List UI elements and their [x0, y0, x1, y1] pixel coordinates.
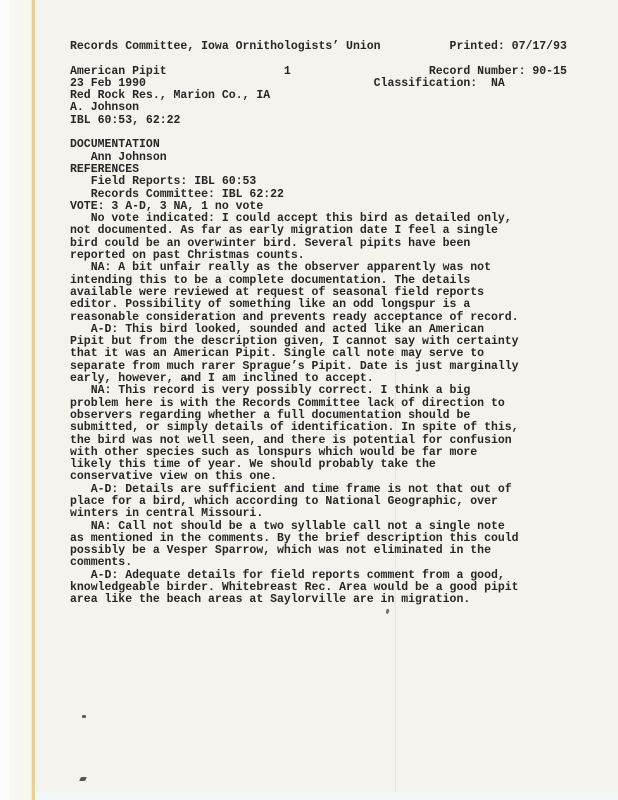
- document-line: NA: A bit unfair really as the observer …: [70, 262, 567, 274]
- document-line: Field Reports: IBL 60:53: [70, 176, 567, 188]
- document-line: conservative view on this one.: [70, 471, 567, 483]
- page-left-margin: [10, 0, 33, 800]
- scan-speck: [386, 609, 390, 615]
- document-line: editor. Possibility of something like an…: [70, 299, 567, 311]
- document-line: Ann Johnson: [70, 152, 567, 164]
- document-line: reasonable consideration and prevents re…: [70, 312, 567, 324]
- document-page: Records Committee, Iowa Ornithologists’ …: [35, 0, 618, 792]
- scanned-page: Records Committee, Iowa Ornithologists’ …: [0, 0, 618, 800]
- scanner-bottom-edge: [35, 792, 618, 800]
- document-line: [70, 53, 567, 65]
- document-line: IBL 60:53, 62:22: [70, 115, 567, 127]
- document-line: NA: This record is very possibly correct…: [70, 385, 567, 397]
- document-line: DOCUMENTATION: [70, 139, 567, 151]
- document-line: that it was an American Pipit. Single ca…: [70, 348, 567, 360]
- scan-speck: [79, 777, 87, 781]
- document-line: Red Rock Res., Marion Co., IA: [70, 90, 567, 102]
- document-line: area like the beach areas at Saylorville…: [70, 594, 567, 606]
- document-line: Records Committee: IBL 62:22: [70, 189, 567, 201]
- document-line: submitted, or simply details of identifi…: [70, 422, 567, 434]
- document-line: A. Johnson: [70, 102, 567, 114]
- document-line: not documented. As far as early migratio…: [70, 225, 567, 237]
- document-line: winters in central Missouri.: [70, 508, 567, 520]
- document-line: Records Committee, Iowa Ornithologists’ …: [70, 41, 567, 53]
- document-line: the bird was not well seen, and there is…: [70, 435, 567, 447]
- document-line: possibly be a Vesper Sparrow, which was …: [70, 545, 567, 557]
- scan-speck: [82, 715, 86, 718]
- document-text: Records Committee, Iowa Ornithologists’ …: [70, 41, 567, 607]
- scanner-background: [0, 0, 10, 800]
- document-line: comments.: [70, 557, 567, 569]
